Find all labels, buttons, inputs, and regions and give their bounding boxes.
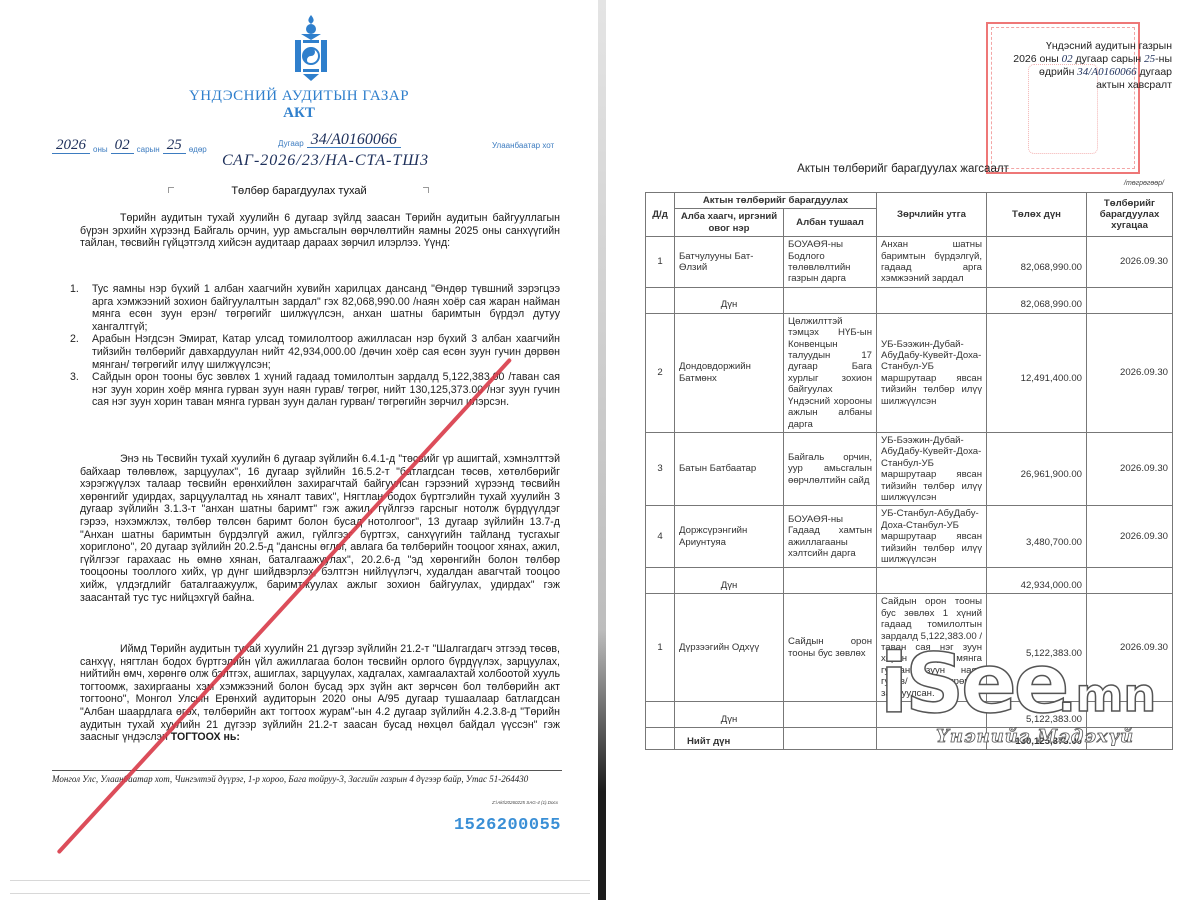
subtotal-label: Дүн — [675, 568, 784, 594]
finding-number: 1. — [70, 283, 92, 333]
findings-list: 1. Тус яамны нэр бүхий 1 албан хаагчийн … — [70, 283, 560, 409]
header-amount: Төлөх дүн — [987, 193, 1087, 237]
page-gutter — [598, 0, 606, 900]
act-subject: Төлбөр барагдуулах тухай — [0, 185, 598, 197]
payment-amount: 26,961,900.00 — [987, 432, 1087, 505]
table-row: 1Дүрзээгийн ОдхүүСайдын орон тооны бус з… — [646, 594, 1173, 702]
cell-empty — [646, 287, 675, 313]
currency-unit: /төгрөгөөр/ — [1124, 180, 1164, 187]
payment-amount: 3,480,700.00 — [987, 506, 1087, 568]
total-amount: 130,125,373.00 — [987, 728, 1087, 750]
finding-number: 2. — [70, 333, 92, 371]
page-edge-line — [10, 893, 590, 894]
header-violation: Зөрчлийн утга — [877, 193, 987, 237]
annex-line: 2026 оны 02 дугаар сарын 25-ны — [1013, 53, 1172, 66]
annex-day: 25 — [1144, 53, 1155, 65]
document-type: АКТ — [0, 105, 598, 122]
table-subtotal-row: Дүн5,122,383.00 — [646, 702, 1173, 728]
violation-description: УБ-Бээжин-Дубай-АбуДабу-Кувейт-Доха-Стан… — [877, 432, 987, 505]
finding-text: Сайдын орон тооны бус зөвлөх 1 хүний гад… — [92, 371, 560, 409]
employee-name: Дондовдоржийн Батмөнх — [675, 313, 784, 432]
header-name: Алба хаагч, иргэний овог нэр — [675, 209, 784, 237]
table-subtotal-row: Дүн82,068,990.00 — [646, 287, 1173, 313]
date-month: 02 — [111, 138, 134, 154]
subtotal-label: Дүн — [675, 287, 784, 313]
header-no: Д/д — [646, 193, 675, 237]
employee-name: Дүрзээгийн Одхүү — [675, 594, 784, 702]
header-deadline: Төлбөрийг барагдуулах хугацаа — [1087, 193, 1173, 237]
date-month-label: сарын — [137, 145, 160, 154]
employee-name: Доржсүрэнгийн Ариунтуяа — [675, 506, 784, 568]
intro-paragraph: Төрийн аудитын тухай хуулийн 6 дугаар зү… — [80, 212, 560, 250]
payment-deadline: 2026.09.30 — [1087, 237, 1173, 288]
footer-address: Монгол Улс, Улаанбаатар хот, Чингэлтэй д… — [52, 774, 562, 785]
row-number: 3 — [646, 432, 675, 505]
organization-name: ҮНДЭСНИЙ АУДИТЫН ГАЗАР — [0, 88, 598, 105]
cell-empty — [646, 702, 675, 728]
violation-description: Анхан шатны баримтын бүрдэлгүй, гадаад а… — [877, 237, 987, 288]
date-day-label: өдөр — [189, 145, 207, 154]
employee-position: Сайдын орон тооны бус зөвлөх — [784, 594, 877, 702]
row-number: 2 — [646, 313, 675, 432]
city-label: Улаанбаатар хот — [492, 141, 554, 150]
annex-day-suffix: -ны — [1155, 53, 1172, 65]
date-day: 25 — [163, 138, 186, 154]
finding-text: Тус яамны нэр бүхий 1 албан хаагчийн хув… — [92, 283, 560, 333]
table-row: 1Батчулууны Бат-ӨлзийБОУАӨЯ-ны Бодлого т… — [646, 237, 1173, 288]
table-row: 4Доржсүрэнгийн АриунтуяаБОУАӨЯ-ны Гадаад… — [646, 506, 1173, 568]
payment-deadline: 2026.09.30 — [1087, 594, 1173, 702]
decision-paragraph: Иймд Төрийн аудитын тухай хуулийн 21 дүг… — [80, 643, 560, 744]
employee-name: Батчулууны Бат-Өлзий — [675, 237, 784, 288]
soyombo-emblem-icon — [287, 14, 335, 82]
footer-divider — [52, 770, 562, 771]
cell-empty — [784, 568, 877, 594]
subtotal-amount: 5,122,383.00 — [987, 702, 1087, 728]
subtotal-amount: 42,934,000.00 — [987, 568, 1087, 594]
cell-empty — [1087, 287, 1173, 313]
annex-header: Үндэсний аудитын газрын 2026 оны 02 дуга… — [1013, 40, 1172, 92]
finding-item: 2. Арабын Нэгдсэн Эмират, Катар улсад то… — [70, 333, 560, 371]
row-number: 1 — [646, 237, 675, 288]
finding-item: 3. Сайдын орон тооны бус зөвлөх 1 хүний … — [70, 371, 560, 409]
cell-empty — [646, 728, 675, 750]
total-label: Нийт дүн — [675, 728, 784, 750]
cell-empty — [1087, 568, 1173, 594]
decision-text: Иймд Төрийн аудитын тухай хуулийн 21 дүг… — [80, 643, 560, 743]
subtotal-label: Дүн — [675, 702, 784, 728]
subtotal-amount: 82,068,990.00 — [987, 287, 1087, 313]
annex-month: 02 — [1062, 53, 1073, 65]
table-subtotal-row: Дүн42,934,000.00 — [646, 568, 1173, 594]
employee-position: БОУАӨЯ-ны Гадаад хамтын ажиллагааны хэлт… — [784, 506, 877, 568]
row-number: 4 — [646, 506, 675, 568]
annex-day-label: өдрийн — [1039, 66, 1074, 78]
employee-position: Байгаль орчин, уур амьсгалын өөрчлөлтийн… — [784, 432, 877, 505]
cell-empty — [877, 568, 987, 594]
header-group: Актын төлбөрийг барагдуулах — [675, 193, 877, 209]
annex-line: өдрийн 34/А0160066 дугаар — [1013, 66, 1172, 79]
employee-position: Цөлжилттэй тэмцэх НҮБ-ын Конвенцын талуу… — [784, 313, 877, 432]
cell-empty — [877, 728, 987, 750]
violation-description: УБ-Бээжин-Дубай-АбуДабу-Кувейт-Доха-Стан… — [877, 313, 987, 432]
serial-number: 1526200055 — [454, 816, 561, 835]
act-date: 2026 оны 02 сарын 25 өдөр — [52, 138, 207, 154]
decision-heading: ТОГТООХ нь: — [171, 731, 240, 743]
cell-empty — [784, 728, 877, 750]
handwritten-reference: САГ-2026/23/НА-СТА-ТШ3 — [222, 152, 429, 170]
annex-act-number: 34/А0160066 — [1077, 66, 1136, 78]
legal-basis-paragraph: Энэ нь Төсвийн тухай хуулийн 6 дугаар зү… — [80, 453, 560, 604]
cell-empty — [1087, 702, 1173, 728]
row-number: 1 — [646, 594, 675, 702]
cell-empty — [877, 287, 987, 313]
finding-item: 1. Тус яамны нэр бүхий 1 албан хаагчийн … — [70, 283, 560, 333]
payment-amount: 82,068,990.00 — [987, 237, 1087, 288]
payment-recovery-table: Д/д Актын төлбөрийг барагдуулах Зөрчлийн… — [645, 192, 1173, 750]
violation-description: Сайдын орон тооны бус зөвлөх 1 хүний гад… — [877, 594, 987, 702]
header-position: Албан тушаал — [784, 209, 877, 237]
finding-text: Арабын Нэгдсэн Эмират, Катар улсад томил… — [92, 333, 560, 371]
payment-deadline: 2026.09.30 — [1087, 506, 1173, 568]
cell-empty — [1087, 728, 1173, 750]
cell-empty — [646, 568, 675, 594]
act-number-value: 34/А0160066 — [307, 132, 401, 148]
cell-empty — [877, 702, 987, 728]
payment-amount: 12,491,400.00 — [987, 313, 1087, 432]
corner-mark — [423, 187, 429, 193]
table-row: 2Дондовдоржийн БатмөнхЦөлжилттэй тэмцэх … — [646, 313, 1173, 432]
annex-month-label: дугаар сарын — [1076, 53, 1142, 65]
finding-number: 3. — [70, 371, 92, 409]
date-year-label: оны — [93, 145, 108, 154]
cell-empty — [784, 287, 877, 313]
payment-amount: 5,122,383.00 — [987, 594, 1087, 702]
annex-page: Үндэсний аудитын газрын 2026 оны 02 дуга… — [606, 0, 1200, 900]
act-document-page: ҮНДЭСНИЙ АУДИТЫН ГАЗАР АКТ 2026 оны 02 с… — [0, 0, 598, 900]
table-total-row: Нийт дүн130,125,373.00 — [646, 728, 1173, 750]
annex-year: 2026 оны — [1013, 53, 1058, 65]
file-path: Z:\Akt\20260225 SAG-4 (1).Docx — [492, 800, 558, 805]
table-title: Актын төлбөрийг барагдуулах жагсаалт — [606, 163, 1200, 175]
page-edge-line — [10, 880, 590, 881]
annex-line: Үндэсний аудитын газрын — [1013, 40, 1172, 53]
payment-deadline: 2026.09.30 — [1087, 432, 1173, 505]
act-number: Дугаар 34/А0160066 — [278, 132, 401, 148]
table-row: 3Батын БатбаатарБайгаль орчин, уур амьсг… — [646, 432, 1173, 505]
employee-name: Батын Батбаатар — [675, 432, 784, 505]
annex-line: актын хавсралт — [1013, 79, 1172, 92]
annex-number-label: дугаар — [1140, 66, 1173, 78]
payment-deadline: 2026.09.30 — [1087, 313, 1173, 432]
date-year: 2026 — [52, 138, 90, 154]
violation-description: УБ-Станбул-АбуДабу-Доха-Станбул-УБ маршр… — [877, 506, 987, 568]
act-number-label: Дугаар — [278, 139, 304, 148]
employee-position: БОУАӨЯ-ны Бодлого төлөвлөлтийн газрын да… — [784, 237, 877, 288]
cell-empty — [784, 702, 877, 728]
